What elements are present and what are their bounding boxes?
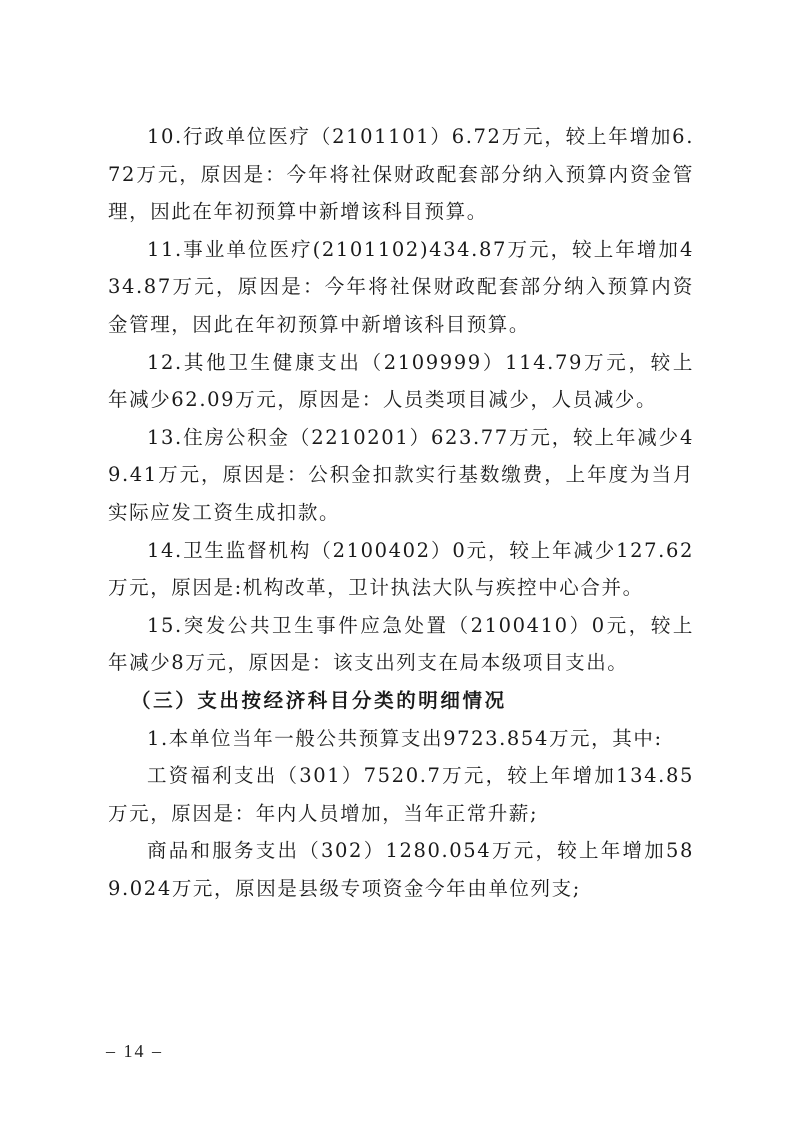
- paragraph-item-11: 11.事业单位医疗(2101102)434.87万元，较上年增加434.87万元…: [108, 231, 694, 344]
- paragraph-item-12: 12.其他卫生健康支出（2109999）114.79万元，较上年减少62.09万…: [108, 344, 694, 419]
- paragraph-econ-total: 1.本单位当年一般公共预算支出9723.854万元，其中:: [108, 720, 694, 758]
- document-page: 10.行政单位医疗（2101101）6.72万元，较上年增加6.72万元，原因是…: [108, 118, 694, 907]
- paragraph-item-14: 14.卫生监督机构（2100402）0元，较上年减少127.62万元，原因是:机…: [108, 532, 694, 607]
- paragraph-item-10: 10.行政单位医疗（2101101）6.72万元，较上年增加6.72万元，原因是…: [108, 118, 694, 231]
- paragraph-econ-302: 商品和服务支出（302）1280.054万元，较上年增加589.024万元，原因…: [108, 832, 694, 907]
- paragraph-item-15: 15.突发公共卫生事件应急处置（2100410）0元，较上年减少8万元，原因是：…: [108, 607, 694, 682]
- page-number: – 14 –: [106, 1041, 163, 1062]
- section-heading: （三）支出按经济科目分类的明细情况: [108, 682, 694, 720]
- paragraph-econ-301: 工资福利支出（301）7520.7万元，较上年增加134.85万元，原因是：年内…: [108, 757, 694, 832]
- paragraph-item-13: 13.住房公积金（2210201）623.77万元，较上年减少49.41万元，原…: [108, 419, 694, 532]
